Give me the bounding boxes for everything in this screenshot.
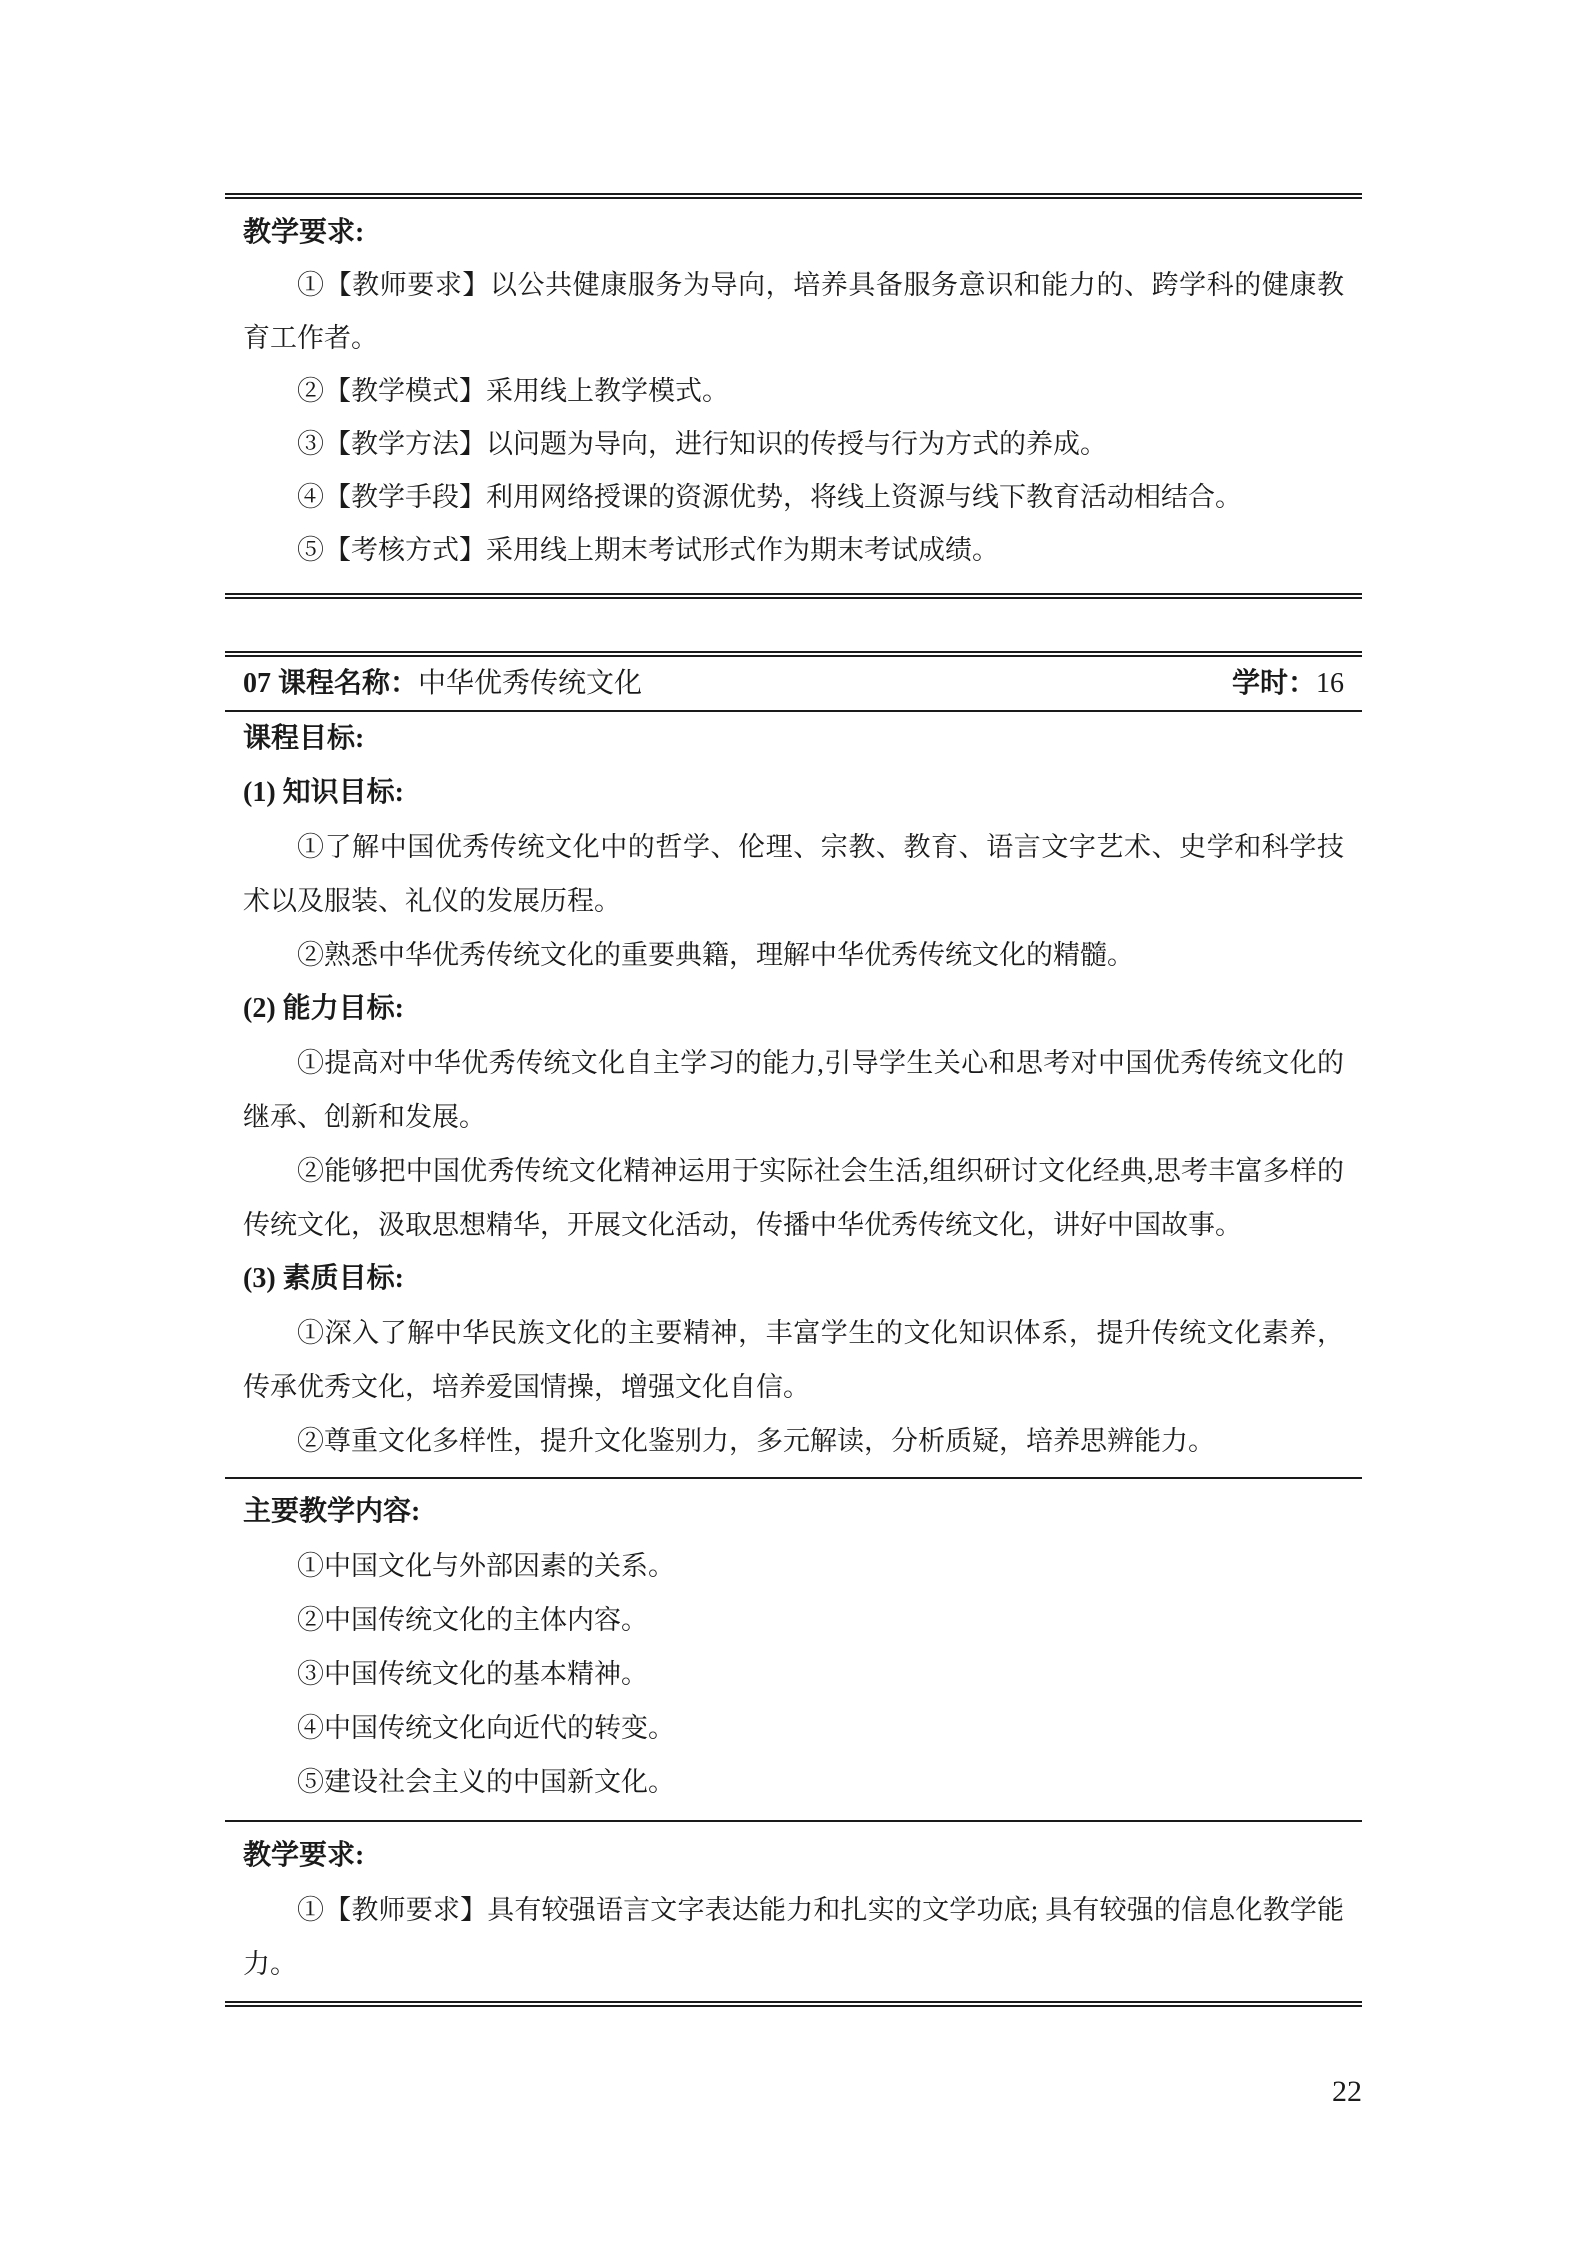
requirement-item: ④【教学手段】利用网络授课的资源优势，将线上资源与线下教育活动相结合。 [243,471,1344,524]
divider-double [225,2001,1362,2007]
objective-item: ①了解中国优秀传统文化中的哲学、伦理、宗教、教育、语言文字艺术、史学和科学技术以… [243,820,1344,928]
objective-item: ②熟悉中华优秀传统文化的重要典籍，理解中华优秀传统文化的精髓。 [243,928,1344,982]
course-title: 07 课程名称：中华优秀传统文化 [243,657,642,710]
page-number: 22 [225,2065,1362,2119]
course-number: 07 [243,668,271,699]
teaching-requirements-section: 教学要求: ①【教师要求】具有较强语言文字表达能力和扎实的文学功底; 具有较强的… [225,1822,1362,2001]
objective-item: ①深入了解中华民族文化的主要精神，丰富学生的文化知识体系，提升传统文化素养，传承… [243,1306,1344,1414]
content-item: ④中国传统文化向近代的转变。 [243,1701,1344,1755]
objective-item: ①提高对中华优秀传统文化自主学习的能力,引导学生关心和思考对中国优秀传统文化的继… [243,1036,1344,1144]
course-header-row: 07 课程名称：中华优秀传统文化 学时：16 [225,657,1362,710]
section-heading: 课程目标: [243,712,1344,766]
content-item: ①中国文化与外部因素的关系。 [243,1539,1344,1593]
requirement-item: ②【教学模式】采用线上教学模式。 [243,365,1344,418]
requirement-item: ①【教师要求】以公共健康服务为导向，培养具备服务意识和能力的、跨学科的健康教育工… [243,259,1344,365]
quality-objectives-heading: (3) 素质目标: [243,1252,1344,1306]
course-objectives-section: 课程目标: (1) 知识目标: ①了解中国优秀传统文化中的哲学、伦理、宗教、教育… [225,712,1362,1477]
section-heading: 教学要求: [243,206,1344,259]
requirement-item: ⑤【考核方式】采用线上期末考试形式作为期末考试成绩。 [243,524,1344,577]
divider-double [225,593,1362,599]
content-item: ③中国传统文化的基本精神。 [243,1647,1344,1701]
course-name: 中华优秀传统文化 [418,668,642,699]
requirement-item: ①【教师要求】具有较强语言文字表达能力和扎实的文学功底; 具有较强的信息化教学能… [243,1883,1344,1991]
teaching-content-section: 主要教学内容: ①中国文化与外部因素的关系。 ②中国传统文化的主体内容。 ③中国… [225,1479,1362,1820]
content-item: ②中国传统文化的主体内容。 [243,1593,1344,1647]
prev-course-requirements-section: 教学要求: ①【教师要求】以公共健康服务为导向，培养具备服务意识和能力的、跨学科… [225,199,1362,593]
requirement-item: ③【教学方法】以问题为导向，进行知识的传授与行为方式的养成。 [243,418,1344,471]
knowledge-objectives-heading: (1) 知识目标: [243,766,1344,820]
document-page: 教学要求: ①【教师要求】以公共健康服务为导向，培养具备服务意识和能力的、跨学科… [0,0,1587,2245]
section-heading: 主要教学内容: [243,1485,1344,1539]
course-hours-label: 学时： [1232,668,1316,699]
objective-item: ②能够把中国优秀传统文化精神运用于实际社会生活,组织研讨文化经典,思考丰富多样的… [243,1144,1344,1252]
course-hours-value: 16 [1316,668,1344,699]
course-hours: 学时：16 [1232,657,1344,710]
objective-item: ②尊重文化多样性，提升文化鉴别力，多元解读，分析质疑，培养思辨能力。 [243,1414,1344,1468]
section-heading: 教学要求: [243,1829,1344,1883]
content-item: ⑤建设社会主义的中国新文化。 [243,1755,1344,1809]
ability-objectives-heading: (2) 能力目标: [243,982,1344,1036]
document-content-column: 教学要求: ①【教师要求】以公共健康服务为导向，培养具备服务意识和能力的、跨学科… [225,0,1362,2119]
course-name-label: 课程名称： [278,668,418,699]
